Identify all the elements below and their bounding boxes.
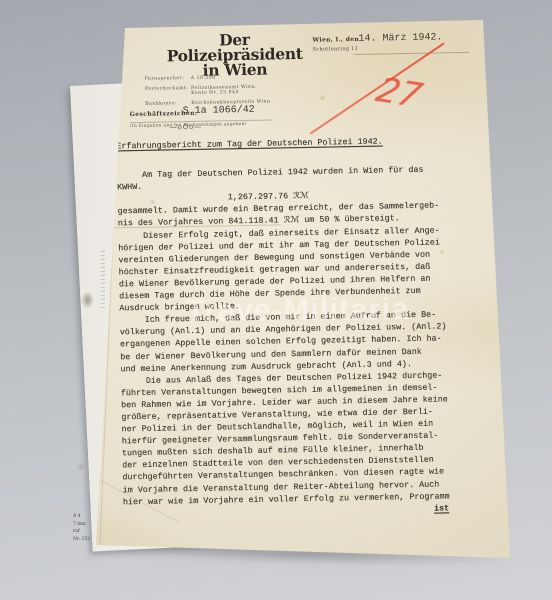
contact-label: Postscheckamt: [145, 86, 191, 92]
margin-stamp-mark [101, 250, 105, 308]
divider-ornament: —oOo— [155, 123, 217, 131]
date-underline [354, 51, 470, 54]
red-pencil-number: 27 [372, 73, 426, 112]
typed-date: 14. März 1942. [358, 32, 442, 45]
sender-name-line1: Der Polizeipräsident [150, 31, 319, 64]
paper-stain [77, 463, 85, 471]
form-imprint: A 4 7 mm ruf Nr. 152 [73, 513, 90, 543]
dealer-watermark: Trave-Militaria [186, 291, 410, 329]
reference-number: S 1a 1066/42 [183, 105, 255, 117]
place-date-printed: Wien, I., den [312, 36, 359, 44]
paper-stain [81, 291, 94, 309]
document-photo: Der Polizeipräsident in Wien Fernspreche… [0, 0, 552, 600]
sender-address: Schottenring 11 [313, 46, 359, 53]
report-title: Erfahrungsbericht zum Tag der Deutschen … [116, 134, 458, 152]
paragraph-4: Die aus Anlaß des Tages der Deutschen Po… [121, 369, 465, 508]
